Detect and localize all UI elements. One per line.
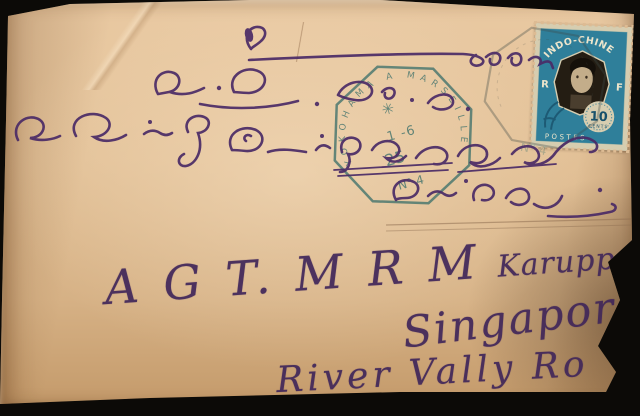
tamil-line-4 [394, 179, 616, 217]
address-name: Karuppanche [496, 235, 640, 285]
tamil-line-1 [243, 27, 553, 68]
tamil-line-3 [16, 114, 597, 176]
envelope: YOKOHAMA A MARSEILLE ✳ 1 -6 25 N° 4 INDO… [0, 0, 640, 416]
photo-backdrop: YOKOHAMA A MARSEILLE ✳ 1 -6 25 N° 4 INDO… [0, 0, 640, 416]
tamil-line-2 [155, 69, 470, 111]
